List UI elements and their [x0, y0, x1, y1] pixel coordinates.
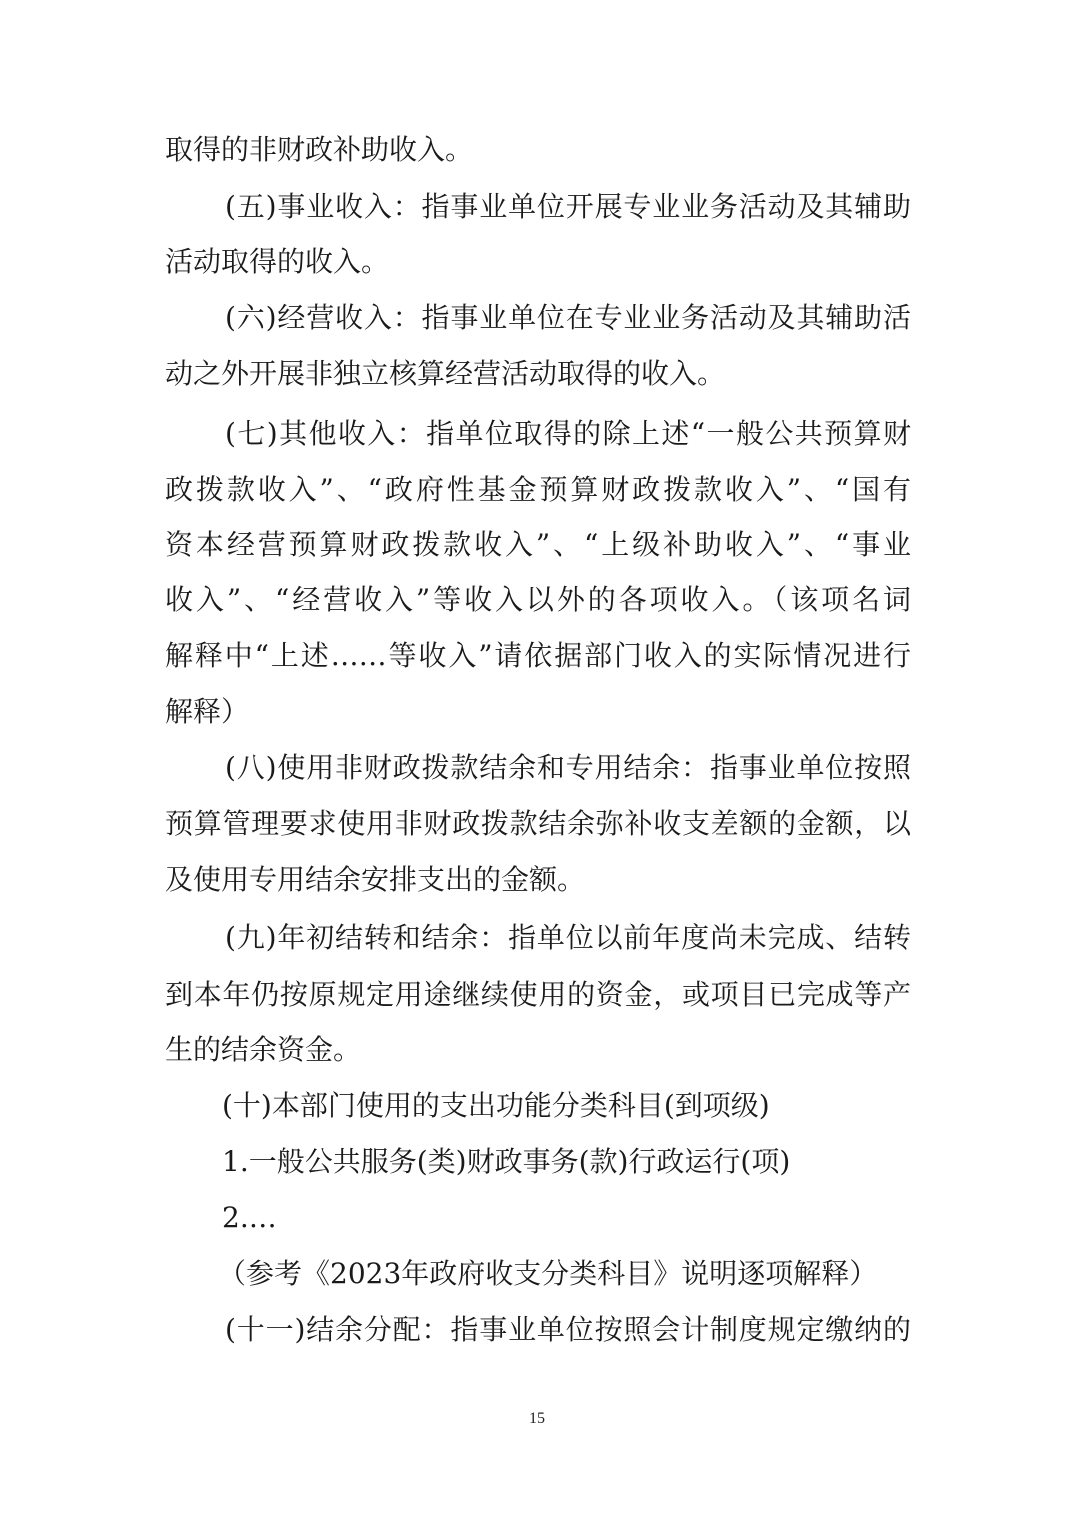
paragraph-8-line-2: 预算管理要求使用非财政拨款结余弥补收支差额的金额，以 [165, 804, 911, 844]
paragraph-7-line-1: (七)其他收入：指单位取得的除上述“一般公共预算财 [225, 414, 911, 454]
paragraph-7-line-2: 政拨款收入”、“政府性基金预算财政拨款收入”、“国有 [165, 470, 911, 510]
paragraph-7-line-5: 解释中“上述……等收入”请依据部门收入的实际情况进行 [165, 636, 911, 676]
document-page: 取得的非财政补助收入。 (五)事业收入：指事业单位开展专业业务活动及其辅助 活动… [0, 0, 1074, 1520]
paragraph-10-heading: (十)本部门使用的支出功能分类科目(到项级) [222, 1086, 911, 1126]
paragraph-6-line-2: 动之外开展非独立核算经营活动取得的收入。 [165, 354, 911, 394]
paragraph-5-line-1: (五)事业收入：指事业单位开展专业业务活动及其辅助 [225, 187, 911, 227]
paragraph-6-line-1: (六)经营收入：指事业单位在专业业务活动及其辅助活 [225, 298, 911, 338]
paragraph-8-line-1: (八)使用非财政拨款结余和专用结余：指事业单位按照 [225, 748, 911, 788]
paragraph-5-line-2: 活动取得的收入。 [165, 242, 911, 282]
paragraph-9-line-1: (九)年初结转和结余：指单位以前年度尚未完成、结转 [225, 918, 911, 958]
paragraph-8-line-3: 及使用专用结余安排支出的金额。 [165, 860, 911, 900]
list-item-1: 1.一般公共服务(类)财政事务(款)行政运行(项) [222, 1142, 911, 1182]
paragraph-9-line-2: 到本年仍按原规定用途继续使用的资金，或项目已完成等产 [165, 975, 911, 1015]
paragraph-7-line-4: 收入”、“经营收入”等收入以外的各项收入。（该项名词 [165, 580, 911, 620]
text-line-1: 取得的非财政补助收入。 [165, 130, 911, 170]
paragraph-7-line-3: 资本经营预算财政拨款收入”、“上级补助收入”、“事业 [165, 525, 911, 565]
list-item-2: 2.… [222, 1198, 911, 1238]
paragraph-9-line-3: 生的结余资金。 [165, 1030, 911, 1070]
page-number: 15 [0, 1410, 1074, 1428]
paragraph-11-line-1: (十一)结余分配：指事业单位按照会计制度规定缴纳的 [225, 1310, 911, 1350]
reference-note: （参考《2023年政府收支分类科目》说明逐项解释） [218, 1254, 911, 1294]
paragraph-7-line-6: 解释） [165, 692, 911, 732]
